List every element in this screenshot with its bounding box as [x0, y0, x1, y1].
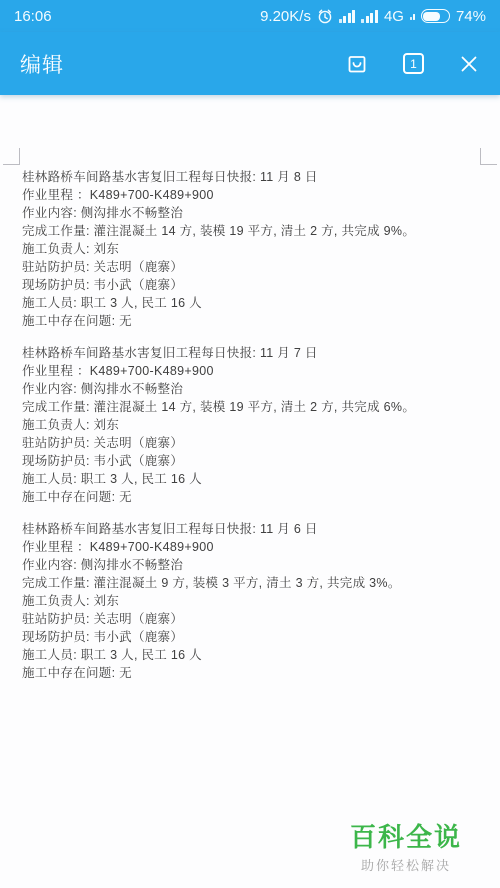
report-line: 驻站防护员: 关志明（鹿寨） — [22, 258, 490, 276]
network-type: 4G — [384, 8, 404, 25]
report-line: 现场防护员: 韦小武（鹿寨） — [22, 452, 490, 470]
close-icon[interactable] — [458, 53, 480, 75]
report-line: 桂林路桥车间路基水害复旧工程每日快报: 11 月 6 日 — [22, 520, 490, 538]
report-line: 作业里程 ：K489+700-K489+900 — [22, 362, 490, 380]
document-page[interactable]: 桂林路桥车间路基水害复旧工程每日快报: 11 月 8 日作业里程 ：K489+7… — [0, 95, 500, 888]
report-line: 施工人员: 职工 3 人, 民工 16 人 — [22, 646, 490, 664]
tab-counter[interactable]: 1 — [403, 53, 424, 74]
report-line: 驻站防护员: 关志明（鹿寨） — [22, 434, 490, 452]
signal-sim1-icon — [339, 10, 356, 23]
watermark-brand: 百科全说 — [350, 822, 462, 852]
report-list: 桂林路桥车间路基水害复旧工程每日快报: 11 月 8 日作业里程 ：K489+7… — [22, 168, 490, 696]
battery-percent: 74% — [456, 8, 486, 25]
report-line: 桂林路桥车间路基水害复旧工程每日快报: 11 月 7 日 — [22, 344, 490, 362]
report-line: 施工中存在问题: 无 — [22, 312, 490, 330]
status-bar: 16:06 9.20K/s 4G 74% — [0, 0, 500, 32]
report-line: 作业内容: 侧沟排水不畅整治 — [22, 380, 490, 398]
report-line: 完成工作量: 灌注混凝土 14 方, 装模 19 平方, 清土 2 方, 共完成… — [22, 222, 490, 240]
phone-screen: 16:06 9.20K/s 4G 74% 编辑 — [0, 0, 500, 888]
alarm-clock-icon — [317, 8, 333, 24]
sim2-mini-signal-icon — [410, 13, 415, 20]
signal-sim2-icon — [361, 10, 378, 23]
report-line: 施工中存在问题: 无 — [22, 664, 490, 682]
bag-icon[interactable] — [345, 52, 369, 76]
report-line: 施工人员: 职工 3 人, 民工 16 人 — [22, 294, 490, 312]
report-line: 作业内容: 侧沟排水不畅整治 — [22, 556, 490, 574]
page-margin-corner-right — [480, 148, 497, 165]
report-line: 作业里程 ：K489+700-K489+900 — [22, 186, 490, 204]
report-block: 桂林路桥车间路基水害复旧工程每日快报: 11 月 7 日作业里程 ：K489+7… — [22, 344, 490, 506]
report-line: 完成工作量: 灌注混凝土 14 方, 装模 19 平方, 清土 2 方, 共完成… — [22, 398, 490, 416]
report-line: 施工负责人: 刘东 — [22, 592, 490, 610]
tab-count-label: 1 — [410, 57, 417, 71]
watermark-slogan: 助你轻松解决 — [350, 855, 462, 874]
report-line: 作业内容: 侧沟排水不畅整治 — [22, 204, 490, 222]
app-header: 编辑 1 — [0, 32, 500, 95]
report-block: 桂林路桥车间路基水害复旧工程每日快报: 11 月 8 日作业里程 ：K489+7… — [22, 168, 490, 330]
report-line: 桂林路桥车间路基水害复旧工程每日快报: 11 月 8 日 — [22, 168, 490, 186]
report-line: 施工负责人: 刘东 — [22, 416, 490, 434]
report-line: 施工负责人: 刘东 — [22, 240, 490, 258]
report-line: 施工人员: 职工 3 人, 民工 16 人 — [22, 470, 490, 488]
report-line: 施工中存在问题: 无 — [22, 488, 490, 506]
report-line: 现场防护员: 韦小武（鹿寨） — [22, 276, 490, 294]
battery-icon — [421, 9, 450, 23]
report-line: 驻站防护员: 关志明（鹿寨） — [22, 610, 490, 628]
page-margin-corner-left — [3, 148, 20, 165]
page-title: 编辑 — [20, 49, 64, 79]
report-line: 作业里程 ：K489+700-K489+900 — [22, 538, 490, 556]
report-line: 现场防护员: 韦小武（鹿寨） — [22, 628, 490, 646]
watermark: 百科全说 助你轻松解决 — [350, 822, 462, 874]
report-block: 桂林路桥车间路基水害复旧工程每日快报: 11 月 6 日作业里程 ：K489+7… — [22, 520, 490, 682]
report-line: 完成工作量: 灌注混凝土 9 方, 装模 3 平方, 清土 3 方, 共完成 3… — [22, 574, 490, 592]
network-speed: 9.20K/s — [260, 8, 311, 25]
clock-time: 16:06 — [14, 8, 52, 25]
